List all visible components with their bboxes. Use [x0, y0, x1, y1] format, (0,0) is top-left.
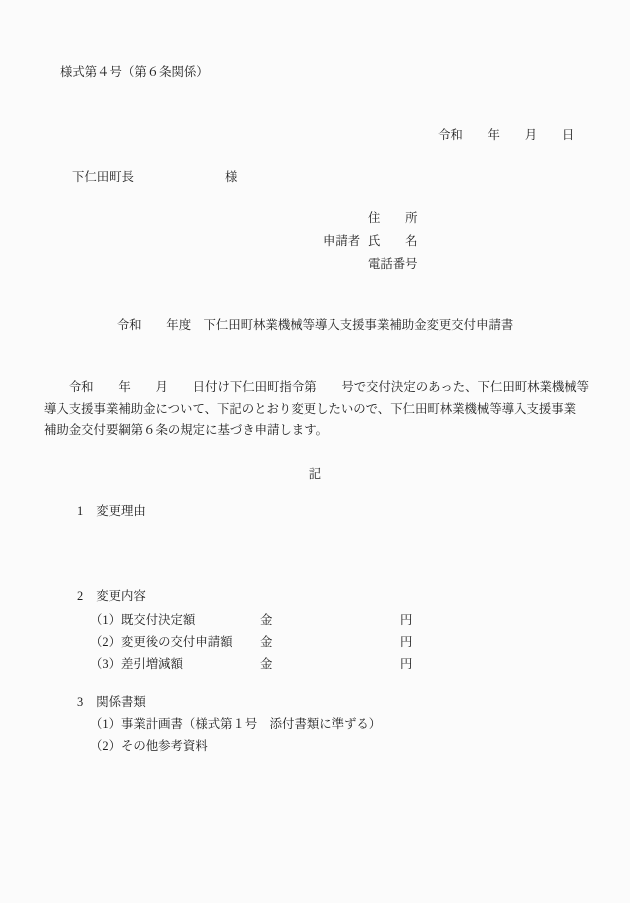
- section-3-heading: 3関係書類: [77, 692, 146, 710]
- addressee-line: 下仁田町長様: [72, 167, 237, 185]
- application-form-page: 様式第４号（第６条関係） 令和 年 月 日 下仁田町長様 住 所 申請者氏 名 …: [0, 0, 630, 903]
- body-line: 補助金交付要綱第６条の規定に基づき申請します。: [44, 420, 590, 442]
- addressee-honorific: 様: [225, 170, 237, 184]
- applicant-label: 申請者: [323, 230, 368, 253]
- amount-label: （2）変更後の交付申請額: [90, 632, 233, 650]
- amount-unit: 円: [400, 654, 412, 672]
- applicant-phone-label: 電話番号: [368, 257, 418, 271]
- amount-table: （1）既交付決定額 金 円 （2）変更後の交付申請額 金 円 （3）差引増減額 …: [0, 610, 630, 676]
- section-1-heading: 1変更理由: [77, 501, 146, 519]
- section-3-title: 関係書類: [96, 695, 146, 709]
- amount-row-after-change: （2）変更後の交付申請額 金 円: [0, 632, 630, 654]
- section-3-number: 3: [77, 695, 83, 709]
- list-item: （2）その他参考資料: [90, 735, 381, 757]
- section-1-number: 1: [77, 504, 83, 518]
- amount-row-difference: （3）差引増減額 金 円: [0, 654, 630, 676]
- amount-label: （3）差引増減額: [90, 654, 183, 672]
- body-paragraph: 令和 年 月 日付け下仁田町指令第 号で交付決定のあった、下仁田町林業機械等 導…: [44, 377, 590, 442]
- currency-prefix: 金: [260, 632, 272, 650]
- amount-unit: 円: [400, 632, 412, 650]
- applicant-phone-row: 電話番号: [323, 253, 418, 276]
- amount-label: （1）既交付決定額: [90, 610, 195, 628]
- applicant-address-row: 住 所: [323, 207, 418, 230]
- section-1-title: 変更理由: [96, 504, 146, 518]
- form-number: 様式第４号（第６条関係）: [60, 62, 209, 80]
- body-line: 令和 年 月 日付け下仁田町指令第 号で交付決定のあった、下仁田町林業機械等: [44, 377, 590, 399]
- amount-unit: 円: [400, 610, 412, 628]
- addressee-name: 下仁田町長: [72, 170, 134, 184]
- applicant-block: 住 所 申請者氏 名 電話番号: [323, 207, 418, 276]
- body-line: 導入支援事業補助金について、下記のとおり変更したいので、下仁田町林業機械等導入支…: [44, 399, 590, 421]
- applicant-name-row: 申請者氏 名: [323, 230, 418, 253]
- applicant-address-label: 住 所: [368, 211, 418, 225]
- applicant-name-label: 氏 名: [368, 234, 418, 248]
- currency-prefix: 金: [260, 610, 272, 628]
- amount-row-approved: （1）既交付決定額 金 円: [0, 610, 630, 632]
- record-mark: 記: [0, 464, 630, 482]
- date-line: 令和 年 月 日: [438, 125, 574, 143]
- document-title: 令和 年度 下仁田町林業機械等導入支援事業補助金変更交付申請書: [0, 315, 630, 333]
- currency-prefix: 金: [260, 654, 272, 672]
- section-2-heading: 2変更内容: [77, 586, 146, 604]
- section-2-title: 変更内容: [96, 589, 146, 603]
- related-documents-list: （1）事業計画書（様式第１号 添付書類に準ずる） （2）その他参考資料: [90, 713, 381, 757]
- section-2-number: 2: [77, 589, 83, 603]
- list-item: （1）事業計画書（様式第１号 添付書類に準ずる）: [90, 713, 381, 735]
